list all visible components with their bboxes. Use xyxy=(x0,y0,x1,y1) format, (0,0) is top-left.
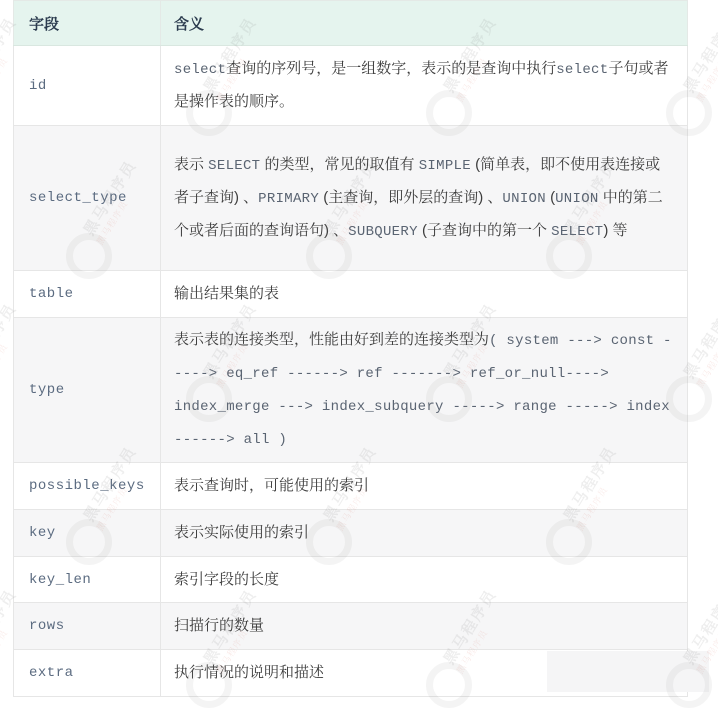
description-text: 查询的序列号，是一组数字，表示的是查询中执行 xyxy=(226,60,556,77)
highlight-artifact xyxy=(547,651,709,692)
table-row: type 表示表的连接类型，性能由好到差的连接类型为( system ---> … xyxy=(14,318,688,463)
table-row: select_type 表示 SELECT 的类型，常见的取值有 SIMPLE … xyxy=(14,126,688,271)
field-description: 表示表的连接类型，性能由好到差的连接类型为( system ---> const… xyxy=(174,331,672,447)
field-description-cell: 索引字段的长度 xyxy=(161,557,688,603)
code-text: UNION xyxy=(502,191,546,207)
field-name-cell: possible_keys xyxy=(14,463,161,510)
field-name: select_type xyxy=(29,190,127,206)
field-name-cell: type xyxy=(14,318,161,463)
field-name-cell: id xyxy=(14,46,161,126)
field-description: select查询的序列号，是一组数字，表示的是查询中执行select子句或者是操… xyxy=(174,60,668,110)
code-text: SELECT xyxy=(551,224,603,240)
description-text: 输出结果集的表 xyxy=(174,285,279,302)
field-name: key xyxy=(29,525,56,541)
field-name-cell: key_len xyxy=(14,557,161,603)
field-description-cell: 表示实际使用的索引 xyxy=(161,510,688,557)
watermark-subtext: 黑马程序员 xyxy=(0,627,11,676)
field-name: possible_keys xyxy=(29,478,145,494)
description-text: 执行情况的说明和描述 xyxy=(174,664,324,681)
field-name: key_len xyxy=(29,572,91,588)
field-description: 表示实际使用的索引 xyxy=(174,524,309,541)
table-row: key_len 索引字段的长度 xyxy=(14,557,688,603)
column-header-meaning: 含义 xyxy=(161,1,688,46)
header-row: 字段 含义 xyxy=(14,1,688,46)
field-name-cell: select_type xyxy=(14,126,161,271)
field-name: rows xyxy=(29,618,65,634)
field-description-cell: 输出结果集的表 xyxy=(161,271,688,318)
description-text: 的类型，常见的取值有 xyxy=(260,156,418,173)
code-text: ( system ---> const -----> eq_ref ------… xyxy=(174,333,672,448)
explain-fields-table: 字段 含义 id select查询的序列号，是一组数字，表示的是查询中执行sel… xyxy=(13,0,688,697)
field-description-cell: select查询的序列号，是一组数字，表示的是查询中执行select子句或者是操… xyxy=(161,46,688,126)
code-text: select xyxy=(174,62,226,78)
field-description-cell: 扫描行的数量 xyxy=(161,603,688,650)
field-name-cell: extra xyxy=(14,650,161,697)
field-description: 执行情况的说明和描述 xyxy=(174,664,324,681)
table-row: key 表示实际使用的索引 xyxy=(14,510,688,557)
field-name: table xyxy=(29,286,74,302)
field-description: 索引字段的长度 xyxy=(174,571,279,588)
description-text: 扫描行的数量 xyxy=(174,617,264,634)
code-text: PRIMARY xyxy=(258,191,319,207)
watermark-subtext: 黑马程序员 xyxy=(693,341,718,390)
code-text: select xyxy=(556,62,608,78)
page: 字段 含义 id select查询的序列号，是一组数字，表示的是查询中执行sel… xyxy=(0,0,718,709)
description-text: ) 等 xyxy=(603,222,627,239)
watermark-subtext: 黑马程序员 xyxy=(693,55,718,104)
description-text: 索引字段的长度 xyxy=(174,571,279,588)
table-body: id select查询的序列号，是一组数字，表示的是查询中执行select子句或… xyxy=(14,46,688,697)
table-row: rows 扫描行的数量 xyxy=(14,603,688,650)
field-description: 表示 SELECT 的类型，常见的取值有 SIMPLE (简单表，即不使用表连接… xyxy=(174,156,663,239)
field-name-cell: key xyxy=(14,510,161,557)
field-name-cell: table xyxy=(14,271,161,318)
table-row: id select查询的序列号，是一组数字，表示的是查询中执行select子句或… xyxy=(14,46,688,126)
description-text: 表示 xyxy=(174,156,208,173)
table-header: 字段 含义 xyxy=(14,1,688,46)
description-text: ( xyxy=(546,189,555,206)
field-name: type xyxy=(29,382,65,398)
description-text: 表示表的连接类型，性能由好到差的连接类型为 xyxy=(174,331,489,348)
field-description: 输出结果集的表 xyxy=(174,285,279,302)
watermark-subtext: 黑马程序员 xyxy=(0,55,11,104)
description-text: (子查询中的第一个 xyxy=(418,222,551,239)
watermark-subtext: 黑马程序员 xyxy=(0,341,11,390)
description-text: 表示实际使用的索引 xyxy=(174,524,309,541)
code-text: UNION xyxy=(555,191,599,207)
code-text: SUBQUERY xyxy=(348,224,418,240)
description-text: 表示查询时，可能使用的索引 xyxy=(174,477,369,494)
field-description: 扫描行的数量 xyxy=(174,617,264,634)
table-row: possible_keys 表示查询时，可能使用的索引 xyxy=(14,463,688,510)
code-text: SELECT xyxy=(208,158,260,174)
column-header-field: 字段 xyxy=(14,1,161,46)
field-description-cell: 表示查询时，可能使用的索引 xyxy=(161,463,688,510)
field-description-cell: 表示 SELECT 的类型，常见的取值有 SIMPLE (简单表，即不使用表连接… xyxy=(161,126,688,271)
field-name: id xyxy=(29,78,47,94)
code-text: SIMPLE xyxy=(419,158,471,174)
field-name: extra xyxy=(29,665,74,681)
field-name-cell: rows xyxy=(14,603,161,650)
description-text: (主查询，即外层的查询) 、 xyxy=(319,189,502,206)
field-description: 表示查询时，可能使用的索引 xyxy=(174,477,369,494)
field-description-cell: 表示表的连接类型，性能由好到差的连接类型为( system ---> const… xyxy=(161,318,688,463)
table-row: table 输出结果集的表 xyxy=(14,271,688,318)
